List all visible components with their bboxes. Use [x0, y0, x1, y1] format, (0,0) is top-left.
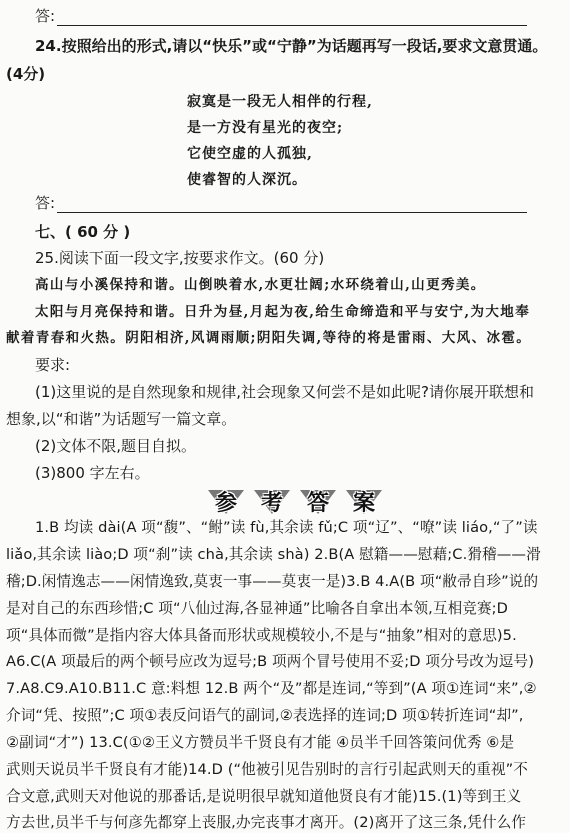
answer-label: 答:: [35, 193, 55, 213]
answer-underline[interactable]: [57, 198, 527, 213]
answer-blank-2[interactable]: 答:: [35, 193, 527, 213]
answer-line: A6.C(A 项最后的两个顿号应改为逗号;B 项两个冒号使用不妥;D 项分号改为…: [6, 652, 534, 672]
requirement-item: (1)这里说的是自然现象和规律,社会现象又何尝不是如此呢?请你展开联想和: [35, 382, 534, 402]
passage-line: 高山与小溪保持和谐。山倒映着水,水更壮阔;水环绕着山,山更秀美。: [35, 275, 486, 295]
answer-line: 合文意,武则天对他说的那番话,是说明很早就知道他贤良有才能)15.(1)等到王义: [6, 787, 521, 807]
poem-line: 它使空虚的人孤独,: [187, 144, 313, 164]
answer-line: 方去世,员半千与何彦先都穿上丧服,办完丧事才离开。(2)离开了这三条,凭什么作: [6, 813, 526, 833]
poem-line: 是一方没有星光的夜空;: [187, 118, 343, 138]
question-25-prompt: 25.阅读下面一段文字,按要求作文。(60 分): [35, 248, 324, 268]
requirements-label: 要求:: [35, 355, 70, 375]
answer-line: 介词“凭、按照”;C 项①表反问语气的副词,②表选择的连词;D 项①转折连词“却…: [6, 706, 524, 726]
answer-line: 武则天说员半千贤良有才能)14.D (“他被引见告别时的言行引起武则天的重视”不: [6, 760, 528, 780]
heading-char: 参: [206, 486, 246, 516]
answer-line: 稽;D.闲情逸志——闲情逸致,莫衷一事——莫衷一是)3.B 4.A(B 项“敝帚…: [6, 572, 538, 592]
requirement-item: 想象,以“和谐”为话题写一篇文章。: [6, 409, 236, 429]
poem-line: 使睿智的人深沉。: [187, 170, 307, 190]
heading-char: 案: [344, 486, 384, 516]
answer-line: ②副词“才”) 13.C(①②王义方赞员半千贤良有才能 ④员半千回答策问优秀 ⑥…: [6, 733, 514, 753]
answer-line: 7.A8.C9.A10.B11.C 意:料想 12.B 两个“及”都是连词,“等…: [6, 679, 537, 699]
heading-char: 答: [298, 486, 338, 516]
answer-label: 答:: [35, 6, 55, 26]
answer-line: 1.B 均读 dài(A 项“馥”、“鲋”读 fù,其余读 fǔ;C 项“辽”、…: [35, 518, 538, 538]
answer-line: liǎo,其余读 liào;D 项“刹”读 chà,其余读 shà) 2.B(A…: [6, 545, 541, 565]
reference-answers-heading: 参 考 答 案: [206, 486, 384, 516]
answer-blank-1[interactable]: 答:: [35, 6, 527, 26]
requirement-item: (2)文体不限,题目自拟。: [35, 436, 196, 456]
question-24-points: (4分): [6, 64, 45, 84]
heading-char: 考: [252, 486, 292, 516]
passage-line: 太阳与月亮保持和谐。日升为昼,月起为夜,给生命缔造和平与安宁,为大地奉: [35, 302, 530, 322]
section-7-title: 七、( 60 分 ): [35, 222, 130, 242]
answer-line: 是对自己的东西珍惜;C 项“八仙过海,各显神通”比喻各自拿出本领,互相竞赛;D: [6, 599, 508, 619]
poem-line: 寂寞是一段无人相伴的行程,: [187, 92, 373, 112]
passage-line: 献着青春和火热。阴阳相济,风调雨顺;阴阳失调,等待的将是雷雨、大风、冰雹。: [6, 328, 531, 348]
answer-underline[interactable]: [57, 11, 527, 26]
answer-line: 项“具体而微”是指内容大体具备而形状或规模较小,不是与“抽象”相对的意思)5.: [6, 626, 517, 646]
question-24-prompt: 24.按照给出的形式,请以“快乐”或“宁静”为话题再写一段话,要求文意贯通。: [35, 36, 547, 56]
requirement-item: (3)800 字左右。: [35, 463, 150, 483]
